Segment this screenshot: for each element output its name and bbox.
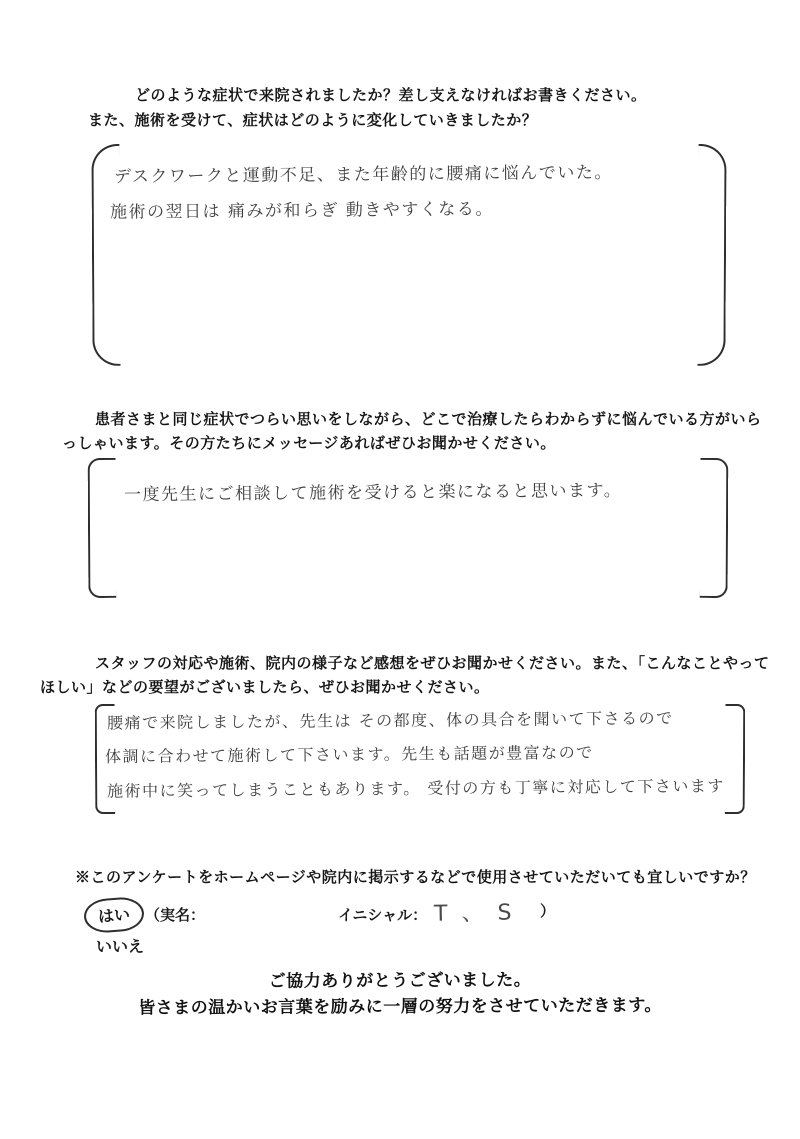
consent-option-yes: はい bbox=[84, 898, 144, 932]
footer-thanks-line-1: ご協力ありがとうございました。 bbox=[0, 964, 800, 993]
consent-option-no: いいえ bbox=[96, 934, 144, 957]
answer-box-3: 腰痛で来院しましたが、先生は その都度、体の具合を聞いて下さるので 体調に合わせ… bbox=[95, 704, 745, 814]
answer-box-1: デスクワークと運動不足、また年齢的に腰痛に悩んでいた。 施術の翌日は 痛みが和ら… bbox=[92, 144, 726, 366]
answer-1-line-2: 施術の翌日は 痛みが和らぎ 動きやすくなる。 bbox=[110, 194, 494, 222]
answer-box-2-right-bracket bbox=[700, 458, 729, 598]
consent-yes-label: はい bbox=[98, 907, 131, 926]
consent-question: ※このアンケートをホームページや院内に掲示するなどで使用させていただいても宜しい… bbox=[75, 866, 756, 887]
answer-2-line-1: 一度先生にご相談して施術を受けると楽になると思います。 bbox=[124, 476, 622, 505]
initial-label: イニシャル： bbox=[338, 904, 427, 925]
answer-box-2-left-bracket bbox=[88, 458, 117, 598]
answer-3-line-3: 施術中に笑ってしまうこともあります。 受付の方も丁寧に対応して下さいます bbox=[107, 773, 725, 801]
answer-box-1-right-bracket bbox=[697, 144, 726, 366]
question-3-line-1: スタッフの対応や施術、院内の様子など感想をぜひお聞かせください。また、「こんなこ… bbox=[95, 652, 770, 673]
answer-3-line-2: 体調に合わせて施術して下さいます。先生も話題が豊富なので bbox=[105, 740, 594, 767]
question-2-line-1: 患者さまと同じ症状でつらい思いをしながら、どこで治療したらわからずに悩んでいる方… bbox=[95, 408, 762, 429]
footer-thanks-line-2: 皆さまの温かいお言葉を励みに一層の努力をさせていただきます。 bbox=[0, 990, 800, 1019]
initial-handwritten-value: T、S bbox=[434, 895, 526, 928]
question-3-line-2: ほしい」などの要望がございましたら、ぜひお聞かせください。 bbox=[40, 676, 490, 697]
answer-box-2: 一度先生にご相談して施術を受けると楽になると思います。 bbox=[88, 458, 728, 598]
question-1-line-1: どのような症状で来院されましたか？差し支えなければお書きください。 bbox=[135, 84, 647, 105]
answer-box-3-right-bracket bbox=[725, 704, 746, 814]
question-1-line-2: また、施術を受けて、症状はどのように変化していきましたか？ bbox=[88, 109, 537, 130]
questionnaire-scan: どのような症状で来院されましたか？差し支えなければお書きください。 また、施術を… bbox=[0, 0, 800, 1139]
answer-1-line-1: デスクワークと運動不足、また年齢的に腰痛に悩んでいた。 bbox=[114, 158, 613, 187]
yes-selected-circle: はい bbox=[83, 896, 145, 934]
close-paren: ） bbox=[540, 900, 555, 921]
answer-3-line-1: 腰痛で来院しましたが、先生は その都度、体の具合を聞いて下さるので bbox=[107, 706, 674, 734]
question-2-line-2: っしゃいます。その方たちにメッセージあればぜひお聞かせください。 bbox=[62, 432, 556, 453]
real-name-label: （実名： bbox=[145, 904, 205, 925]
